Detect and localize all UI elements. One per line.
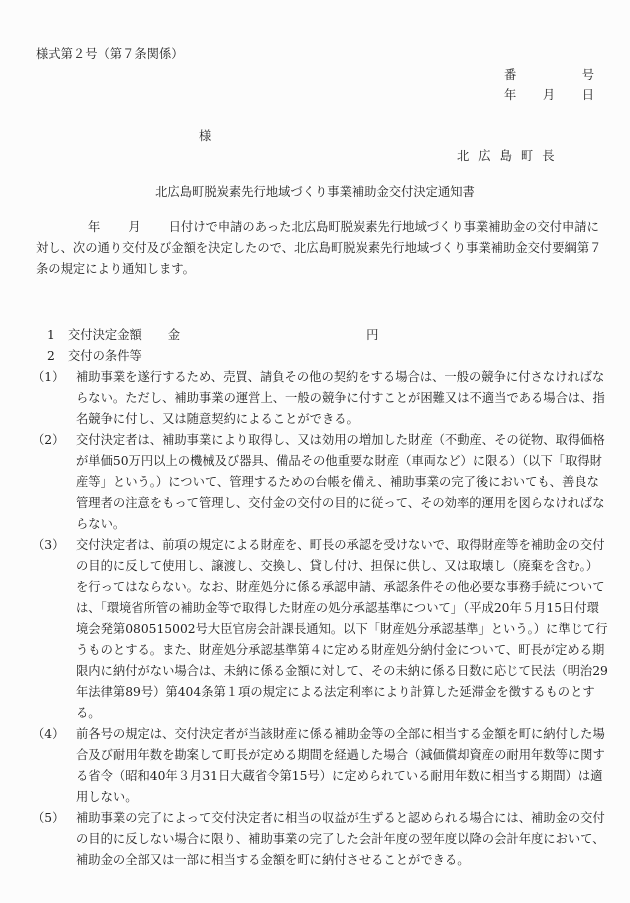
issue-date-year: 年 <box>504 89 516 101</box>
item-conditions: 2 交付の条件等 <box>36 346 608 367</box>
clause-number: （2） <box>32 430 76 535</box>
reference-number-suffix: 号 <box>582 69 594 81</box>
clause-item: （1） 補助事業を遂行するため、売買、請負その他の契約をする場合は、一般の競争に… <box>36 367 608 430</box>
conditions-list: 1 交付決定金額 金 円 2 交付の条件等 （1） 補助事業を遂行するため、売買… <box>36 325 608 871</box>
clause-text: 交付決定者は、前項の規定による財産を、町長の承認を受けないで、取得財産等を補助金… <box>76 535 608 724</box>
clause-text: 補助事業の完了によって交付決定者に相当の収益が生ずると認められる場合には、補助金… <box>76 808 608 871</box>
sender: 北広島町長 <box>457 150 564 162</box>
item-number: 2 <box>36 346 68 367</box>
clause-number: （4） <box>32 724 76 808</box>
item-number: 1 <box>36 325 68 346</box>
clause-text: 補助事業を遂行するため、売買、請負その他の契約をする場合は、一般の競争に付さなけ… <box>76 367 608 430</box>
document-title: 北広島町脱炭素先行地域づくり事業補助金交付決定通知書 <box>0 186 630 198</box>
clause-item: （3） 交付決定者は、前項の規定による財産を、町長の承認を受けないで、取得財産等… <box>36 535 608 724</box>
clause-item: （4） 前各号の規定は、交付決定者が当該財産に係る補助金等の全部に相当する金額を… <box>36 724 608 808</box>
item-label: 交付決定金額 <box>68 325 142 346</box>
reference-number-label: 番 <box>504 69 516 81</box>
amount-prefix: 金 <box>168 325 180 346</box>
body-text: 日付けで申請のあった北広島町脱炭素先行地域づくり事業補助金の交付申請に対し、次の… <box>36 220 601 276</box>
clause-number: （5） <box>32 808 76 871</box>
clause-item: （5） 補助事業の完了によって交付決定者に相当の収益が生ずると認められる場合には… <box>36 808 608 871</box>
amount-suffix: 円 <box>366 325 378 346</box>
form-number: 様式第２号（第７条関係） <box>36 48 184 60</box>
body-date-year: 年 <box>88 220 100 234</box>
addressee: 様 <box>199 130 211 142</box>
clause-number: （1） <box>32 367 76 430</box>
issue-date-day: 日 <box>582 89 594 101</box>
body-date-month: 月 <box>128 220 140 234</box>
clause-item: （2） 交付決定者は、補助事業により取得し、又は効用の増加した財産（不動産、その… <box>36 430 608 535</box>
item-grant-amount: 1 交付決定金額 金 円 <box>36 325 608 346</box>
issue-date-month: 月 <box>543 89 555 101</box>
reference-number: 番 号 <box>504 69 594 81</box>
body-paragraph: 年月日付けで申請のあった北広島町脱炭素先行地域づくり事業補助金の交付申請に対し、… <box>36 217 602 280</box>
clause-text: 交付決定者は、補助事業により取得し、又は効用の増加した財産（不動産、その従物、取… <box>76 430 608 535</box>
clause-number: （3） <box>32 535 76 724</box>
item-label: 交付の条件等 <box>68 346 142 367</box>
clause-text: 前各号の規定は、交付決定者が当該財産に係る補助金等の全部に相当する金額を町に納付… <box>76 724 608 808</box>
issue-date: 年 月 日 <box>504 89 594 101</box>
